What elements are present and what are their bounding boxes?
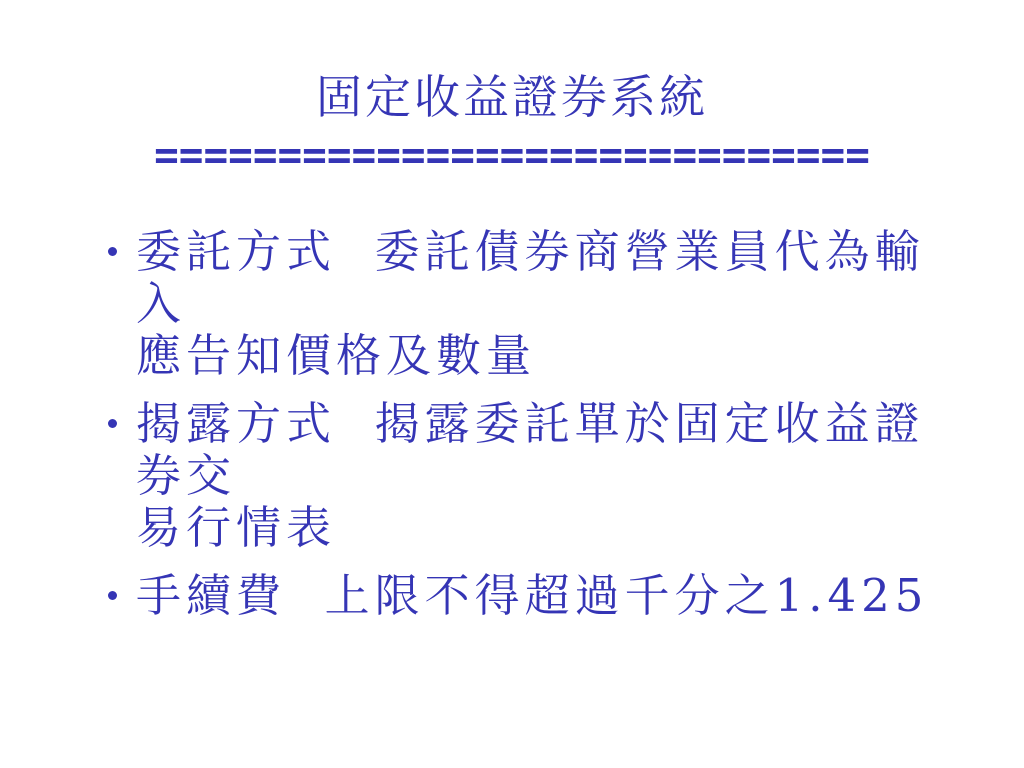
bullet-item-disclosure-method: 揭露方式 揭露委託單於固定收益證券交 易行情表 bbox=[106, 398, 974, 554]
bullet-item-commission-fee: 手續費 上限不得超過千分之1.425 bbox=[106, 570, 974, 622]
slide-body: 委託方式 委託債券商營業員代為輸入 應告知價格及數量 揭露方式 揭露委託單於固定… bbox=[106, 226, 974, 622]
bullet-text-line: 應告知價格及數量 bbox=[136, 330, 974, 382]
bullet-dot-icon bbox=[108, 247, 117, 256]
bullet-text-line: 手續費 上限不得超過千分之1.425 bbox=[136, 570, 974, 622]
presentation-slide: 固定收益證券系統 ============================= 委… bbox=[0, 0, 1024, 768]
bullet-text-line: 易行情表 bbox=[136, 502, 974, 554]
bullet-dot-icon bbox=[108, 419, 117, 428]
bullet-text-line: 揭露方式 揭露委託單於固定收益證券交 bbox=[136, 398, 974, 502]
bullet-text-line: 委託方式 委託債券商營業員代為輸入 bbox=[136, 226, 974, 330]
title-underline: ============================= bbox=[0, 130, 1024, 180]
slide-title: 固定收益證券系統 bbox=[0, 68, 1024, 126]
slide-header: 固定收益證券系統 ============================= bbox=[0, 0, 1024, 180]
bullet-item-order-method: 委託方式 委託債券商營業員代為輸入 應告知價格及數量 bbox=[106, 226, 974, 382]
bullet-dot-icon bbox=[108, 591, 117, 600]
